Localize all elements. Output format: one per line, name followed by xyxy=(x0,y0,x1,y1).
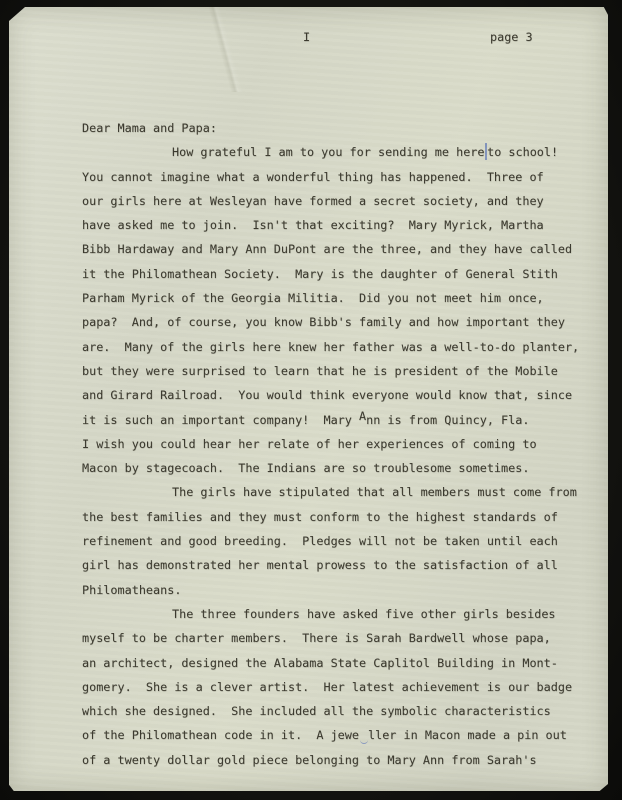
letter-line: it is such an important company! Mary An… xyxy=(82,408,602,432)
typed-text: You cannot imagine what a wonderful thin… xyxy=(82,170,544,184)
letter-line: but they were surprised to learn that he… xyxy=(82,359,602,383)
typed-text: ller in Macon made a pin out xyxy=(368,728,567,742)
letter-line: The three founders have asked five other… xyxy=(82,602,602,626)
typed-text: papa? And, of course, you know Bibb's fa… xyxy=(82,315,565,329)
paper-crease xyxy=(189,7,259,92)
typed-text: The three founders have asked five other… xyxy=(172,607,556,621)
page-number: page 3 xyxy=(490,30,533,44)
letter-line: gomery. She is a clever artist. Her late… xyxy=(82,675,602,699)
insertion-mark xyxy=(485,143,487,160)
letter-line: it the Philomathean Society. Mary is the… xyxy=(82,262,602,286)
typed-text: an architect, designed the Alabama State… xyxy=(82,656,558,670)
typed-text: and Girard Railroad. You would think eve… xyxy=(82,388,572,402)
letter-line: have asked me to join. Isn't that exciti… xyxy=(82,213,602,237)
letter-line: an architect, designed the Alabama State… xyxy=(82,651,602,675)
typed-text: refinement and good breeding. Pledges wi… xyxy=(82,534,558,548)
raised-character: A xyxy=(359,404,366,428)
letter-line: and Girard Railroad. You would think eve… xyxy=(82,383,602,407)
typed-text: but they were surprised to learn that he… xyxy=(82,364,558,378)
typed-text: it the Philomathean Society. Mary is the… xyxy=(82,267,558,281)
salutation: Dear Mama and Papa: xyxy=(82,116,602,140)
letter-line: The girls have stipulated that all membe… xyxy=(82,480,602,504)
letter-line: are. Many of the girls here knew her fat… xyxy=(82,335,602,359)
letter-line: girl has demonstrated her mental prowess… xyxy=(82,553,602,577)
letter-line: I wish you could hear her relate of her … xyxy=(82,432,602,456)
letter-line: papa? And, of course, you know Bibb's fa… xyxy=(82,310,602,334)
letter-line: the best families and they must conform … xyxy=(82,505,602,529)
scan-background: I page 3 Dear Mama and Papa: How gratefu… xyxy=(0,0,622,800)
typed-text: have asked me to join. Isn't that exciti… xyxy=(82,218,544,232)
typed-text: are. Many of the girls here knew her fat… xyxy=(82,340,579,354)
typed-text: Macon by stagecoach. The Indians are so … xyxy=(82,461,529,475)
typed-text: Bibb Hardaway and Mary Ann DuPont are th… xyxy=(82,242,572,256)
letter-line: myself to be charter members. There is S… xyxy=(82,626,602,650)
typed-text: I wish you could hear her relate of her … xyxy=(82,437,537,451)
typed-text: Parham Myrick of the Georgia Militia. Di… xyxy=(82,291,544,305)
letter-line: which she designed. She included all the… xyxy=(82,699,602,723)
close-up-mark xyxy=(360,735,368,744)
typed-text: girl has demonstrated her mental prowess… xyxy=(82,558,558,572)
typed-text: to school! xyxy=(487,145,558,159)
letter-line: of a twenty dollar gold piece belonging … xyxy=(82,748,602,772)
typed-text: The girls have stipulated that all membe… xyxy=(172,485,577,499)
typed-text: it is such an important company! Mary xyxy=(82,413,359,427)
typed-text: the best families and they must conform … xyxy=(82,510,558,524)
typed-text: our girls here at Wesleyan have formed a… xyxy=(82,194,544,208)
typed-text: How grateful I am to you for sending me … xyxy=(172,145,485,159)
letter-page: I page 3 Dear Mama and Papa: How gratefu… xyxy=(9,7,608,791)
section-numeral: I xyxy=(303,30,310,44)
letter-line: Philomatheans. xyxy=(82,578,602,602)
typed-text: nn is from Quincy, Fla. xyxy=(366,413,529,427)
typed-text: which she designed. She included all the… xyxy=(82,704,551,718)
letter-line: our girls here at Wesleyan have formed a… xyxy=(82,189,602,213)
letter-line: Bibb Hardaway and Mary Ann DuPont are th… xyxy=(82,237,602,261)
typed-text: myself to be charter members. There is S… xyxy=(82,631,551,645)
typed-text: Philomatheans. xyxy=(82,583,181,597)
letter-line: How grateful I am to you for sending me … xyxy=(82,140,602,164)
typed-text: of a twenty dollar gold piece belonging … xyxy=(82,753,537,767)
letter-line: You cannot imagine what a wonderful thin… xyxy=(82,165,602,189)
letter-line: Macon by stagecoach. The Indians are so … xyxy=(82,456,602,480)
typed-text: of the Philomathean code in it. A jewe xyxy=(82,728,359,742)
typed-text: gomery. She is a clever artist. Her late… xyxy=(82,680,572,694)
letter-line: of the Philomathean code in it. A jewell… xyxy=(82,723,602,747)
letter-line: refinement and good breeding. Pledges wi… xyxy=(82,529,602,553)
letter-line: Parham Myrick of the Georgia Militia. Di… xyxy=(82,286,602,310)
letter-body: Dear Mama and Papa: How grateful I am to… xyxy=(82,116,602,772)
